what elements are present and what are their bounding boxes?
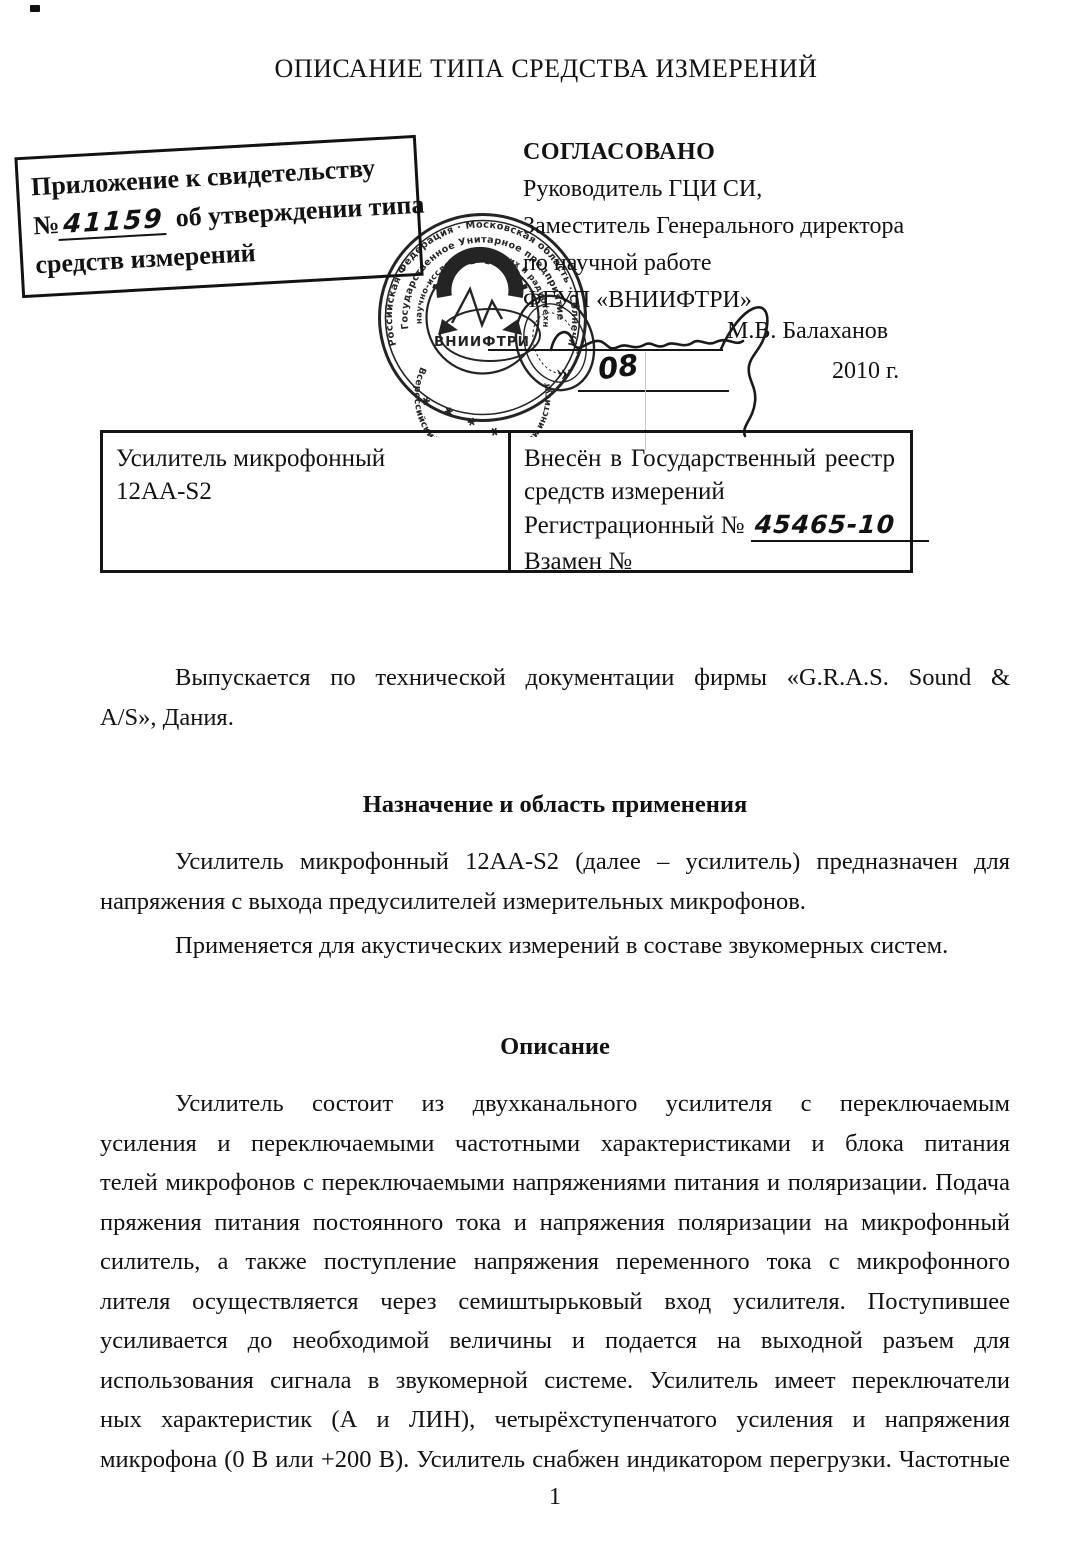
page-title: ОПИСАНИЕ ТИПА СРЕДСТВА ИЗМЕРЕНИЙ — [0, 54, 1092, 84]
annex-number-sign: № — [32, 210, 60, 240]
registration-number-handwritten: 45465-10 — [750, 510, 896, 539]
text-line: напряжения с выхода предусилителей измер… — [100, 882, 1010, 922]
seal-emblem — [433, 254, 527, 335]
date-year: 2010 г. — [832, 358, 899, 385]
text-line: ных характеристик (А и ЛИН), четырёхступ… — [100, 1400, 1010, 1440]
replaces-number-row: Взамен № — [524, 548, 895, 576]
text-line: лителя осуществляется через семиштырьков… — [100, 1282, 1010, 1322]
annex-stamp-box: Приложение к свидетельству №41159об утве… — [14, 135, 423, 298]
registration-number-underline: 45465-10 — [751, 510, 929, 542]
ink-speck — [30, 5, 40, 12]
text-line: силитель, а также поступление напряжения… — [100, 1242, 1010, 1282]
purpose-section-heading: Назначение и область применения — [100, 791, 1010, 819]
text-line: использования сигнала в звукомерной сист… — [100, 1361, 1010, 1401]
registration-number-row: Регистрационный №45465-10 — [524, 510, 895, 542]
registry-entered-line-1: Внесён в Государственный реестр — [524, 445, 895, 473]
document-page: ОПИСАНИЕ ТИПА СРЕДСТВА ИЗМЕРЕНИЙ Приложе… — [0, 0, 1092, 1560]
text-line: микрофона (0 В или +200 В). Усилитель сн… — [100, 1440, 1010, 1480]
text-line: пряжения питания постоянного тока и напр… — [100, 1203, 1010, 1243]
registration-number-label: Регистрационный № — [524, 512, 745, 539]
registry-info-cell: Внесён в Государственный реестр средств … — [511, 433, 910, 570]
instrument-name-cell: Усилитель микрофонный 12AA-S2 — [103, 433, 511, 570]
registry-entered-line-2: средств измерений — [524, 478, 895, 506]
text-line: Выпускается по технической документации … — [100, 658, 1010, 698]
purpose-paragraph-1: Усилитель микрофонный 12AA-S2 (далее – у… — [100, 842, 1010, 921]
registry-table: Усилитель микрофонный 12AA-S2 Внесён в Г… — [100, 430, 913, 573]
description-paragraph: Усилитель состоит из двухканального усил… — [100, 1084, 1010, 1479]
text-line: Усилитель микрофонный 12AA-S2 (далее – у… — [100, 842, 1010, 882]
signature-scribble — [545, 292, 815, 442]
instrument-model-line: 12AA-S2 — [116, 478, 493, 506]
issued-paragraph: Выпускается по технической документации … — [100, 658, 1010, 737]
text-line: A/S», Дания. — [100, 698, 1010, 738]
page-number: 1 — [100, 1484, 1010, 1511]
purpose-paragraph-2: Применяется для акустических измерений в… — [100, 926, 1010, 966]
instrument-name-line: Усилитель микрофонный — [116, 445, 493, 473]
text-line: Усилитель состоит из двухканального усил… — [100, 1084, 1010, 1124]
description-section-heading: Описание — [100, 1033, 1010, 1061]
approval-line: Руководитель ГЦИ СИ, — [523, 171, 953, 208]
text-line: телей микрофонов с переключаемыми напряж… — [100, 1163, 1010, 1203]
approval-heading: СОГЛАСОВАНО — [523, 134, 953, 171]
text-line: Применяется для акустических измерений в… — [100, 926, 1010, 966]
text-line: усиливается до необходимой величины и по… — [100, 1321, 1010, 1361]
annex-certificate-number-handwritten: 41159 — [59, 205, 169, 241]
text-line: усиления и переключаемыми частотными хар… — [100, 1124, 1010, 1164]
